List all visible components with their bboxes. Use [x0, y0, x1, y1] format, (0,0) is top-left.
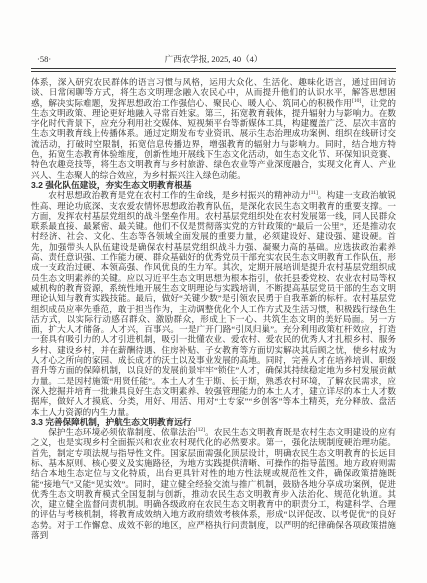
section-heading: 3.3 完善保障机制，护航生态文明教育远行 [31, 417, 396, 427]
body-paragraph: 保护生态环境必须依靠制度、依靠法治[12]。农民生态文明教育既是农村生态文明建设… [31, 427, 396, 540]
section-heading: 3.2 强化队伍建设，夯实生态文明教育根基 [31, 180, 396, 190]
journal-page: ·58· 广西农学报, 2025, 40（4） 体系，深入研究农民群体的语言习惯… [0, 0, 427, 583]
article-body: 体系，深入研究农民群体的语言习惯与风格，运用大众化、生活化、趣味化语言，通过田间… [31, 77, 396, 540]
reference-marker: [12] [196, 427, 205, 433]
journal-citation: 广西农学报, 2025, 40（4） [31, 54, 396, 65]
header-rule [31, 68, 396, 72]
page-header: ·58· 广西农学报, 2025, 40（4） [31, 54, 396, 65]
reference-marker: [10] [352, 98, 361, 104]
reference-marker: [11] [309, 190, 318, 196]
body-paragraph: 体系，深入研究农民群体的语言习惯与风格，运用大众化、生活化、趣味化语言，通过田间… [31, 77, 396, 180]
body-paragraph: 农村思想政治教育是党在农村工作的生命线，是乡村振兴的精神动力[11]。构建一支政… [31, 190, 396, 417]
